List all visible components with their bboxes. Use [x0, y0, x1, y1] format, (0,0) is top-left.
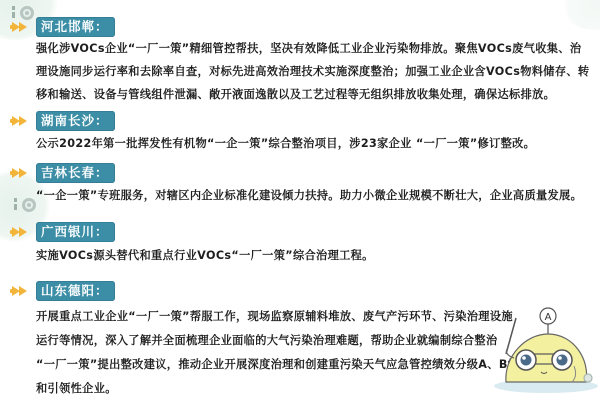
section-heading-row: 山东德阳： — [10, 281, 115, 301]
section-heading-row: 河北邯郸： — [10, 17, 115, 37]
body-line: 移和输送、设备与管线组件泄漏、敞开液面逸散以及工艺过程等无组织排放收集处理，确保… — [36, 83, 576, 106]
section-heading-row: 广西银川： — [10, 222, 115, 242]
double-arrow-icon — [10, 167, 30, 179]
section-body: 公示2022年第一批挥发性有机物“一企一策”综合整治项目，涉23家企业 “一厂一… — [36, 132, 576, 155]
section-body: 强化涉VOCs企业“一厂一策”精细管控帮扶，坚决有效降低工业企业污染物排放。聚焦… — [36, 37, 576, 106]
section-heading-tag: 河北邯郸： — [36, 17, 115, 37]
double-arrow-icon — [10, 115, 30, 127]
double-arrow-icon — [10, 226, 30, 238]
double-arrow-icon — [10, 21, 30, 33]
section-body: “一企一策”专班服务，对辖区内企业标准化建设倾力扶持。助力小微企业规模不断壮大，… — [36, 184, 576, 207]
section-heading-tag: 山东德阳： — [36, 281, 115, 301]
body-line: 强化涉VOCs企业“一厂一策”精细管控帮扶，坚决有效降低工业企业污染物排放。聚焦… — [36, 37, 576, 60]
mascot-illustration: A — [486, 296, 600, 400]
decor-bars-icon — [14, 198, 17, 210]
section-heading-row: 吉林长春： — [10, 163, 115, 183]
section-body: 实施VOCs源头替代和重点行业VOCs“一厂一策”综合治理工程。 — [36, 244, 576, 267]
section-heading-tag: 吉林长春： — [36, 163, 115, 183]
mascot-icon: A — [486, 296, 600, 400]
body-line: 理设施同步运行率和去除率自查，对标先进高效治理技术实施深度整治；加强工业企业含V… — [36, 60, 576, 83]
body-line: 实施VOCs源头替代和重点行业VOCs“一厂一策”综合治理工程。 — [36, 244, 576, 267]
section-heading-row: 湖南长沙： — [10, 111, 115, 131]
section-heading-tag: 湖南长沙： — [36, 111, 115, 131]
decor-circle-top-right — [560, 0, 600, 30]
gear-icon — [22, 198, 36, 212]
body-line: 公示2022年第一批挥发性有机物“一企一策”综合整治项目，涉23家企业 “一厂一… — [36, 132, 576, 155]
body-line: “一企一策”专班服务，对辖区内企业标准化建设倾力扶持。助力小微企业规模不断壮大，… — [36, 184, 576, 207]
double-arrow-icon — [10, 285, 30, 297]
section-heading-tag: 广西银川： — [36, 222, 115, 242]
svg-text:A: A — [545, 312, 552, 323]
